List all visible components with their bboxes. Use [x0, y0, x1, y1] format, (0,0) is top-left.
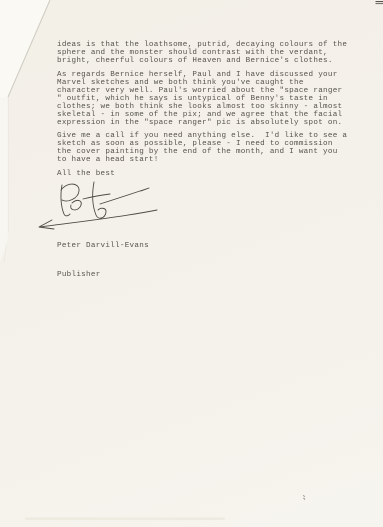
letter-body: ideas is that the loathsome, putrid, dec…: [57, 41, 362, 183]
signature-stroke: [93, 182, 106, 218]
signature-stroke: [61, 184, 79, 201]
signature-stroke: [71, 200, 82, 209]
signer-title: Publisher: [57, 271, 149, 280]
signature-stroke: [100, 188, 149, 204]
scanned-letter-page: ideas is that the loathsome, putrid, dec…: [0, 0, 383, 527]
scan-artifact-dash: [376, 3, 383, 4]
letter-paper: ideas is that the loathsome, putrid, dec…: [0, 0, 383, 527]
scan-artifact-speck: [303, 496, 305, 500]
bottom-crease-shadow: [25, 518, 225, 520]
corner-fold: [0, 0, 50, 97]
signature-block: Peter Darvill-Evans Publisher: [57, 224, 149, 299]
corner-fold-edge: [8, 0, 50, 97]
left-edge-highlight: [0, 97, 8, 262]
left-crease-fade: [4, 232, 8, 263]
letter-paragraph: ideas is that the loathsome, putrid, dec…: [57, 41, 362, 65]
signature-stroke: [83, 194, 110, 199]
letter-paragraph: Give me a call if you need anything else…: [57, 132, 362, 164]
scan-artifact-dash: [376, 1, 383, 2]
signer-name: Peter Darvill-Evans: [57, 242, 149, 251]
signature-stroke: [39, 220, 54, 229]
letter-paragraph: As regards Bernice herself, Paul and I h…: [57, 71, 362, 127]
